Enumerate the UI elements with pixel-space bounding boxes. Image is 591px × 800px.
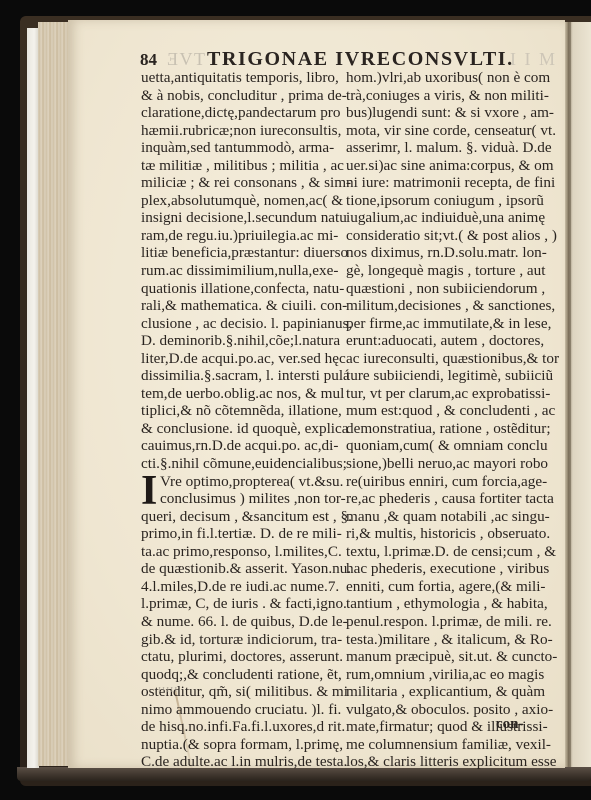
text-line-indented: conclusimus ) milites ,non tor- — [141, 490, 341, 508]
text-line: ture subiiciendi, legitimè, subiiciũ — [346, 367, 551, 385]
text-line: & nume. 66. l. de quibus, D.de le- — [141, 613, 341, 631]
text-line: testa.)militare , & italicum, & Ro- — [346, 631, 551, 649]
text-line: quationis illatione,confecta, natu- — [141, 280, 341, 298]
text-line: trà,coniuges a viris, & non militi- — [346, 87, 551, 105]
text-line: re(uiribus enniri, cum forcia,age- — [346, 473, 551, 491]
bleed-through-text-right: I I M — [510, 49, 557, 70]
text-line-with-drop-cap: I Vre optimo,propterea( vt.&su. — [141, 473, 341, 491]
text-line: tem,de uerbo.oblig.ac nos, & mul — [141, 385, 341, 403]
catchword: con- — [496, 716, 524, 733]
text-line: miliciæ ; & rei consonans , & sim- — [141, 174, 341, 192]
text-line: tur, vt per clarum,ac exprobatissi- — [346, 385, 551, 403]
running-title: TRIGONAE IVRECONSVLTI. — [207, 48, 514, 71]
text-line: liter,D.de acqui.po.ac, ver.sed hęc — [141, 350, 341, 368]
text-line: C.de adulte.ac l.in mulris,de testa. — [141, 753, 341, 771]
text-line: sione,)belli neruo,ac mayori robo — [346, 455, 551, 473]
text-line: tione,ipsorum coniugum , ipsorũ — [346, 192, 551, 210]
text-line: nuptia.(& sopra formam, l.primę, — [141, 736, 341, 754]
text-line: nimo ammouendo cruciatu. )l. fi. — [141, 701, 341, 719]
bleed-through-text-left: ƎVT — [167, 49, 207, 70]
page-header: ƎVT 84 TRIGONAE IVRECONSVLTI. I I M — [140, 48, 570, 70]
text-line: penul.respon. l.primæ, de mili. re. — [346, 613, 551, 631]
gutter-fold-line — [568, 22, 571, 767]
text-line: re,ac phederis , causa fortiter tacta — [346, 490, 551, 508]
text-line: iugalium,ac indiuiduè,una animę — [346, 209, 551, 227]
page-number: 84 — [140, 50, 157, 70]
text-line: nos diximus, rn.D.solu.matr. lon- — [346, 244, 551, 262]
text-line: l.primæ, C, de iuris . & facti,igno. — [141, 595, 341, 613]
page-edge-stack — [38, 22, 70, 766]
text-line: ram,de regu.iu.)priuilegia.ac mi- — [141, 227, 341, 245]
text-line: ctatu, plurimi, doctores, asserunt. — [141, 648, 341, 666]
text-line: mota, vir sine corde, censeatur( vt. — [346, 122, 551, 140]
text-line: insigni decisione,l.secundum natu — [141, 209, 341, 227]
text-line: cti.§.nihil cõmune,euidencialibus; — [141, 455, 341, 473]
text-line: consideratio sit;vt.( & post alios , ) — [346, 227, 551, 245]
text-line: inquàm,sed tantummodò, arma- — [141, 139, 341, 157]
text-line: manum præcipuè, sit.ut. & cuncto- — [346, 648, 551, 666]
text-line: claratione,dictę,pandectarum pro — [141, 104, 341, 122]
text-line: enniti, cum fortia, agere,(& mili- — [346, 578, 551, 596]
text-line: erunt:aduocati, autem , doctores, — [346, 332, 551, 350]
text-line: litiæ beneficia,præstantur: diuerso — [141, 244, 341, 262]
text-line: quoniam,cum( & omniam conclu — [346, 437, 551, 455]
text-line: hæmii.rubricæ;non iureconsultis, — [141, 122, 341, 140]
text-line: manu ,& quam notabili ,ac singu- — [346, 508, 551, 526]
text-line: me columnensium familiæ, vexil- — [346, 736, 551, 754]
text-line: mum est:quod , & concludenti , ac — [346, 402, 551, 420]
text-line: hac phederis, executione , viribus — [346, 560, 551, 578]
text-column-left: uetta,antiquitatis temporis, libro, & à … — [141, 69, 341, 771]
text-line: quodq;,& concludenti ratione, ẽt, — [141, 666, 341, 684]
text-line: hom.)vlri,ab uxoribus( non è com — [346, 69, 551, 87]
text-line: rum,omnium ,virilia,ac eo magis — [346, 666, 551, 684]
text-line: gib.& id, torturæ indiciorum, tra- — [141, 631, 341, 649]
text-line: plex,absolutumquè, nomen,ac( & — [141, 192, 341, 210]
text-line: asserimr, l. malum. §. viduà. D.de — [346, 139, 551, 157]
text-line: ac iureconsulti, quæstionibus,& tor — [346, 350, 551, 368]
text-line: de quæstionib.& asserit. Yason.nu. — [141, 560, 341, 578]
text-line: clusione , ac decisio. l. papinianus, — [141, 315, 341, 333]
text-line: D. deminorib.§.nihil,cõe;l.natura — [141, 332, 341, 350]
text-line: & conclusione. id quoquè, explica — [141, 420, 341, 438]
text-line: militum,decisiones , & sanctiones, — [346, 297, 551, 315]
text-line: dissimilia.§.sacram, l. intersti pulá — [141, 367, 341, 385]
text-line: los,& claris litteris explicitum esse — [346, 753, 551, 771]
text-line: ta.ac primo,responso, l.milites,C. — [141, 543, 341, 561]
text-line: demonstratiua, ratione , ostẽditur; — [346, 420, 551, 438]
text-line: de hisq.no.infi.Fa.fi.l.uxores,d rit. — [141, 718, 341, 736]
drop-cap-line-text: Vre optimo,propterea( vt.&su. — [160, 473, 343, 490]
text-line: tiplici,& nõ cõtemnẽda, illatione, — [141, 402, 341, 420]
text-line: ni iure: matrimonii recepta, de fini — [346, 174, 551, 192]
text-column-right: hom.)vlri,ab uxoribus( non è com trà,con… — [346, 69, 551, 771]
text-line: uer.si)ac sine anima:corpus, & om — [346, 157, 551, 175]
faint-marginal-mark: ɪɪɪɪɪ — [158, 683, 178, 695]
text-line: textu, l.primæ.D. de censi;cum , & — [346, 543, 551, 561]
text-line: & à nobis, concluditur , prima de- — [141, 87, 341, 105]
text-line: rali,& mathematica. & ciuili. con- — [141, 297, 341, 315]
text-line: 4.l.miles,D.de re iudi.ac nume.7. — [141, 578, 341, 596]
text-line: per firme,ac immutilate,& in lese, — [346, 315, 551, 333]
drop-cap-line-text: conclusimus ) milites ,non tor- — [160, 490, 346, 507]
text-line: ri,& multis, historicis , obseruato. — [346, 525, 551, 543]
text-line: uetta,antiquitatis temporis, libro, — [141, 69, 341, 87]
text-line: queri, decisum , &sancitum est , §. — [141, 508, 341, 526]
text-line: tæ militiæ , militibus ; militia , ac — [141, 157, 341, 175]
text-line: tantium , ethymologia , & habita, — [346, 595, 551, 613]
text-line: primo,in fi.l.tertiæ. D. de re mili- — [141, 525, 341, 543]
text-line: militaria , explicantium, & quàm — [346, 683, 551, 701]
book-photo: ƎVT 84 TRIGONAE IVRECONSVLTI. I I M uett… — [0, 0, 591, 800]
text-line: rum.ac dissimimilium,nulla,exe- — [141, 262, 341, 280]
text-line: gè, longequè magis , torture , aut — [346, 262, 551, 280]
text-line: cauimus,rn.D.de acqui.po. ac,di- — [141, 437, 341, 455]
text-line: bus)lugendi sunt: & si vxore , am- — [346, 104, 551, 122]
text-line: quæstioni , non subiiciendorum , — [346, 280, 551, 298]
